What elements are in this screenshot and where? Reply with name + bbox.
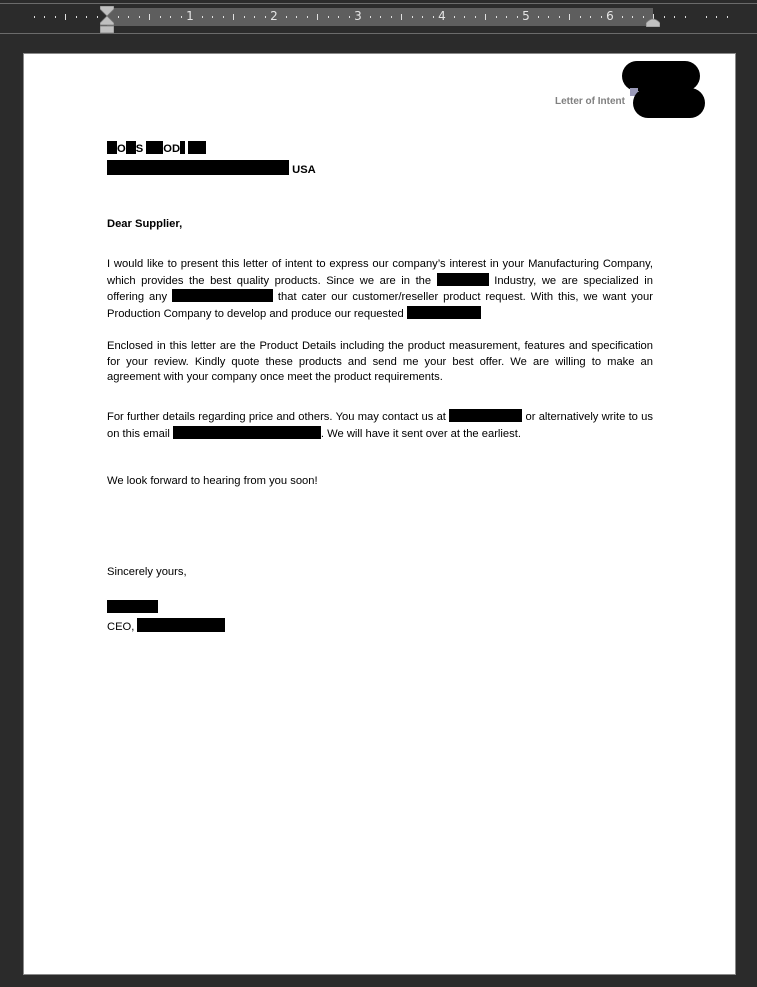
ruler-number-2: 2 <box>270 9 278 23</box>
ruler-number-5: 5 <box>522 9 530 23</box>
ruler-tick <box>569 14 570 20</box>
ruler-tick <box>622 16 623 18</box>
ruler-tick <box>422 16 423 18</box>
ruler-tick <box>706 16 707 18</box>
redaction <box>180 141 185 154</box>
ruler-tick <box>674 16 675 18</box>
horizontal-ruler[interactable]: 1 2 3 4 5 6 <box>0 0 757 34</box>
ruler-tick <box>139 16 140 18</box>
ruler-tick <box>212 16 213 18</box>
address-line: USA <box>107 160 316 178</box>
ruler-tick <box>265 16 266 18</box>
paragraph-intro: I would like to present this letter of i… <box>107 257 653 322</box>
ruler-tick <box>296 16 297 18</box>
company-name-line: OS OD <box>107 141 206 157</box>
ruler-tick <box>233 14 234 20</box>
ruler-tick <box>181 16 182 18</box>
ruler-tick <box>34 16 35 18</box>
redacted-products <box>172 289 273 302</box>
p3-text-a: For further details regarding price and … <box>107 411 449 423</box>
ruler-tick <box>433 16 434 18</box>
ruler-border-bottom <box>0 33 757 34</box>
ruler-tick <box>506 16 507 18</box>
ruler-tick <box>464 16 465 18</box>
document-page[interactable] <box>23 53 736 975</box>
ruler-tick <box>601 16 602 18</box>
redacted-phone <box>449 409 522 422</box>
ruler-tick <box>559 16 560 18</box>
ruler-tick <box>65 14 66 20</box>
redacted-email <box>173 426 321 439</box>
ruler-tick <box>370 16 371 18</box>
ruler-tick <box>517 16 518 18</box>
ruler-tick <box>454 16 455 18</box>
ruler-tick <box>286 16 287 18</box>
ruler-tick <box>485 14 486 20</box>
country: USA <box>292 164 316 176</box>
ruler-tick <box>580 16 581 18</box>
redaction <box>188 141 206 154</box>
ruler-tick <box>118 16 119 18</box>
redacted-company <box>137 618 225 632</box>
salutation: Dear Supplier, <box>107 218 182 230</box>
redacted-logo-top <box>622 61 700 91</box>
ruler-tick <box>307 16 308 18</box>
company-name-fragment: O <box>117 143 126 155</box>
ruler-number-6: 6 <box>606 9 614 23</box>
redacted-requested-item <box>407 306 481 319</box>
sign-off: Sincerely yours, <box>107 566 187 578</box>
ruler-tick <box>44 16 45 18</box>
ruler-number-3: 3 <box>354 9 362 23</box>
ruler-tick <box>643 16 644 18</box>
ruler-tick <box>149 14 150 20</box>
ruler-tick <box>55 16 56 18</box>
ruler-tick <box>97 16 98 18</box>
ruler-tick <box>685 16 686 18</box>
ruler-tick <box>202 16 203 18</box>
hanging-indent-icon[interactable] <box>100 16 114 33</box>
ruler-tick <box>160 16 161 18</box>
ruler-tick <box>170 16 171 18</box>
paragraph-contact: For further details regarding price and … <box>107 409 653 442</box>
ruler-tick <box>254 16 255 18</box>
ruler-tick <box>223 16 224 18</box>
redacted-logo-bottom <box>633 88 705 118</box>
company-name-fragment: S <box>136 143 143 155</box>
redacted-signer-name <box>107 600 158 613</box>
first-line-indent-icon[interactable] <box>100 6 114 16</box>
ruler-tick <box>412 16 413 18</box>
ruler-tick <box>716 16 717 18</box>
ruler-tick <box>244 16 245 18</box>
closing-remark: We look forward to hearing from you soon… <box>107 475 318 487</box>
ruler-tick <box>317 14 318 20</box>
ruler-tick <box>590 16 591 18</box>
ruler-number-4: 4 <box>438 9 446 23</box>
ruler-tick <box>632 16 633 18</box>
redacted-address <box>107 160 289 175</box>
redaction <box>146 141 163 154</box>
ruler-tick <box>664 16 665 18</box>
ruler-number-1: 1 <box>186 9 194 23</box>
ruler-tick <box>128 16 129 18</box>
ruler-tick <box>496 16 497 18</box>
p3-text-c: . We will have it sent over at the earli… <box>321 428 521 440</box>
signer-title-line: CEO, <box>107 618 225 633</box>
redaction <box>107 141 117 154</box>
ruler-tick <box>538 16 539 18</box>
right-indent-icon[interactable] <box>646 16 660 27</box>
redacted-industry <box>437 273 489 286</box>
ruler-tick <box>338 16 339 18</box>
ruler-tick <box>401 14 402 20</box>
redaction <box>126 141 136 154</box>
ruler-tick <box>328 16 329 18</box>
company-name-fragment: OD <box>163 143 180 155</box>
ruler-tick <box>727 16 728 18</box>
ruler-tick <box>548 16 549 18</box>
ruler-tick <box>391 16 392 18</box>
paragraph-details: Enclosed in this letter are the Product … <box>107 339 653 386</box>
ruler-tick <box>380 16 381 18</box>
header-title: Letter of Intent <box>555 96 625 107</box>
ruler-tick <box>76 16 77 18</box>
ruler-tick <box>86 16 87 18</box>
ruler-tick <box>349 16 350 18</box>
ruler-tick <box>475 16 476 18</box>
signer-title: CEO, <box>107 621 134 633</box>
ruler-border-top <box>0 3 757 4</box>
